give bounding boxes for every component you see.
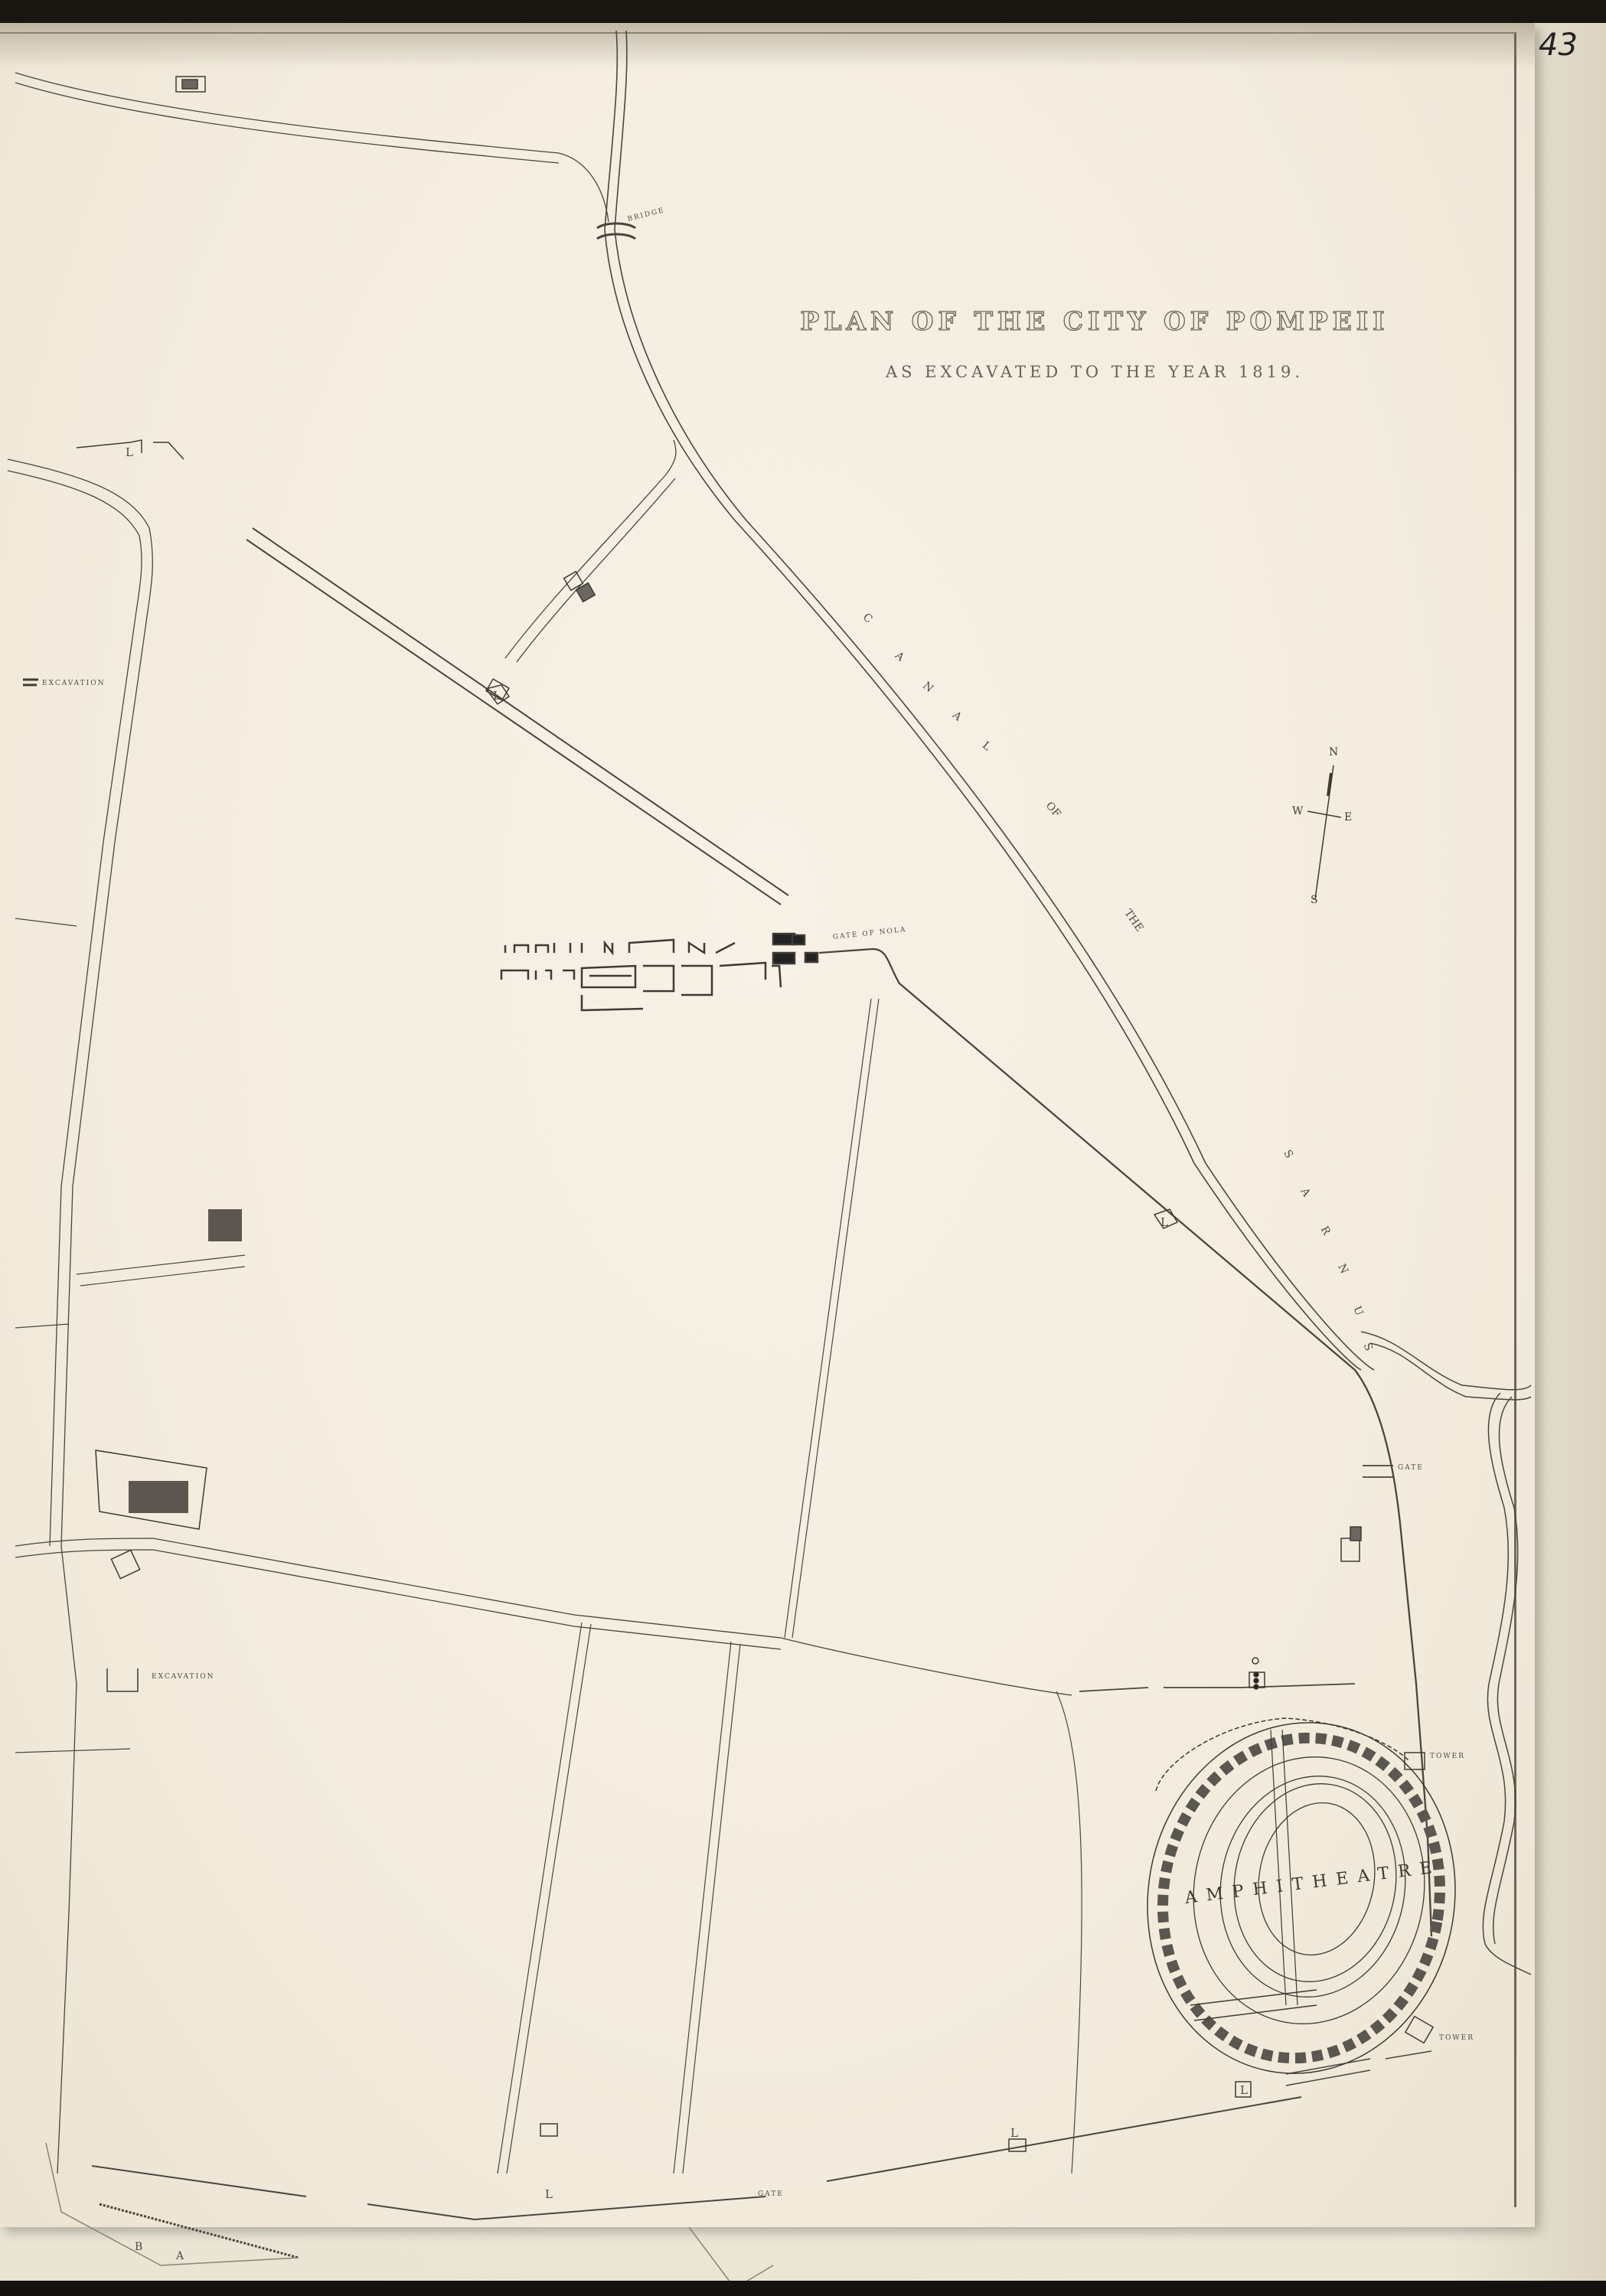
label-tower-1: TOWER: [1430, 1753, 1465, 1760]
compass-s: S: [1311, 894, 1318, 906]
main-road-ew: [15, 1538, 1072, 1695]
road-marker-l-6: L: [126, 445, 135, 459]
south-wall: [92, 2166, 306, 2197]
branch-road: [505, 440, 676, 658]
amphitheatre-plan: [1120, 1698, 1483, 2098]
road-south-1: [785, 999, 871, 1638]
compass-w: W: [1292, 805, 1303, 817]
road-marker-l-5: L: [545, 2187, 554, 2201]
buildings: [23, 77, 1433, 2151]
compass-e: E: [1344, 811, 1352, 823]
road-marker-l-1: L: [493, 689, 502, 703]
scan-edge: [0, 2281, 1606, 2296]
map-drawing: [0, 0, 1606, 2296]
label-tower-2: TOWER: [1439, 2034, 1474, 2042]
map-title: PLAN OF THE CITY OF POMPEII: [796, 306, 1393, 336]
west-road: [8, 459, 152, 2174]
canal-of-sarnus: [605, 31, 1374, 1370]
bottom-letter: B: [135, 2241, 142, 2253]
label-east-gate: GATE: [1398, 1464, 1424, 1472]
city-wall-east: [819, 949, 1431, 1936]
excavated-houses: [501, 934, 818, 1010]
road-marker-l-3: L: [1240, 2083, 1249, 2097]
bridge-symbol: [597, 223, 635, 228]
compass-rose: [1307, 765, 1341, 899]
label-excavation-2: EXCAVATION: [152, 1673, 214, 1681]
compass-n: N: [1329, 746, 1338, 758]
north-road: [15, 73, 609, 222]
river-east: [1361, 1332, 1531, 1390]
label-excavation-1: EXCAVATION: [42, 680, 105, 687]
label-south-gate: GATE: [758, 2190, 784, 2198]
east-gate-symbol: [1363, 1466, 1393, 1477]
road-to-gate-of-nola: [253, 528, 788, 895]
map-subtitle: AS EXCAVATED TO THE YEAR 1819.: [796, 363, 1393, 381]
road-marker-l-2: L: [1160, 1215, 1170, 1229]
bottom-letter: A: [176, 2250, 184, 2262]
road-marker-l-4: L: [1010, 2126, 1020, 2140]
